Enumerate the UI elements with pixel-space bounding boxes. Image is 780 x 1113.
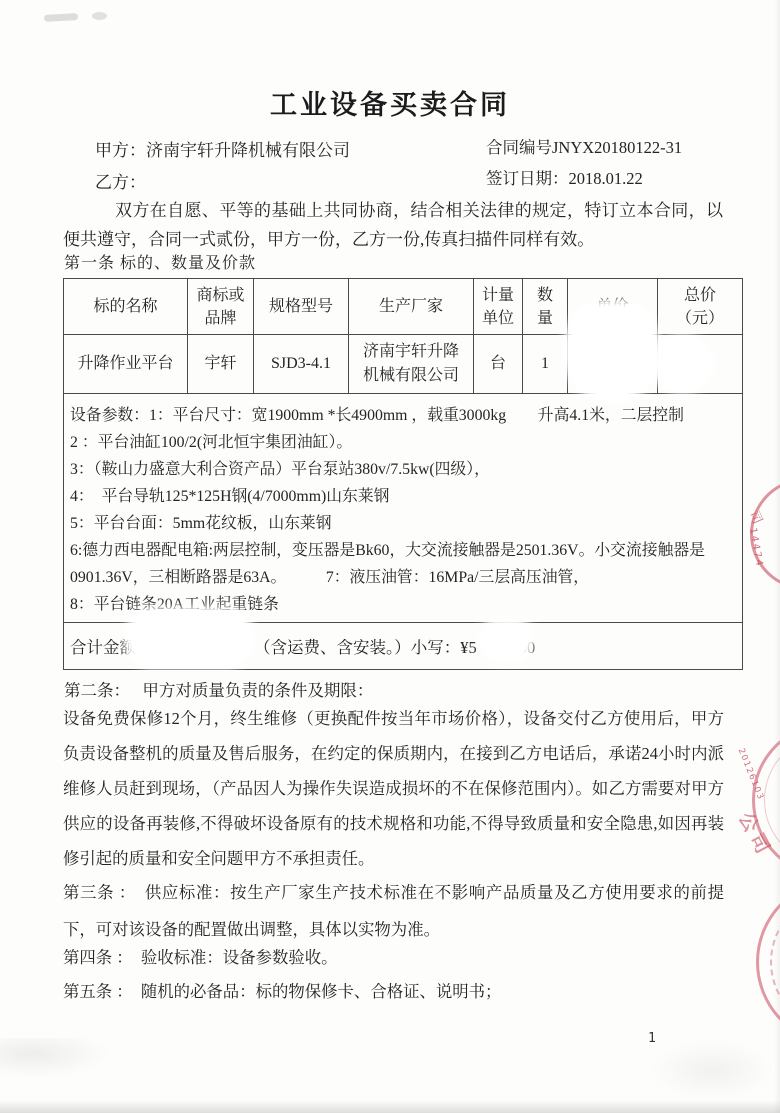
redaction-blob-total-price [658,341,707,387]
party-b-line: 乙方： [95,168,146,193]
scan-edge-shadow [774,0,780,1113]
cell-model: SJD3-4.1 [254,335,349,394]
clause5-text: 第五条 ： 随机的必备品：标的物保修卡、合格证、说明书； [63,978,501,1002]
seal-characters: 公司 [733,807,779,862]
column-header-brand: 商标或 品牌 [188,279,254,335]
scan-artifact [44,13,78,22]
cell-name: 升降作业平台 [64,335,188,394]
column-header-manufacturer: 生产厂家 [349,279,474,335]
sign-date: 签订日期：2018.01.22 [486,165,643,189]
param-line: 0901.36V，三相断路器是63A。 7：液压油管：16MPa/三层高压油管， [70,564,736,591]
column-header-unit: 计量 单位 [474,279,523,335]
clause2-heading: 第二条： 甲方对质量负责的条件及期限： [64,677,373,701]
column-header-qty: 数 量 [523,279,568,335]
redaction-blob-total-amount [131,614,248,662]
param-line: 3：（鞍山力盛意大利合资产品）平台泵站380v/7.5kw(四级）， [70,456,736,483]
param-line: 2 ：平台油缸100/2(河北恒宇集团油缸）。 [70,429,736,456]
seal-character: 司 [746,507,769,527]
redaction-blob-small-amount [486,624,527,656]
scan-artifact [0,1038,110,1078]
seal-number: 20126103 [736,747,766,802]
total-label: 合计金额 [70,638,136,657]
scan-edge-shadow [0,1100,780,1113]
page-title: 工业设备买卖合同 [0,83,780,122]
party-a-line: 甲方：济南宇轩升降机械有限公司 [95,136,350,161]
equipment-params-cell: 设备参数：1：平台尺寸：宽1900mm *长4900mm ，载重3000kg 升… [64,394,743,623]
column-header-name: 标的名称 [64,279,188,335]
party-a-label: 甲方： [95,141,146,160]
param-line: 设备参数：1：平台尺寸：宽1900mm *长4900mm ，载重3000kg 升… [70,402,736,429]
param-line: 4： 平台导轨125*125H钢(4/7000mm)山东莱钢 [70,483,736,510]
cell-qty: 1 [523,335,568,394]
seal-number: 14474 [747,527,765,569]
contract-number: 合同编号JNYX20180122-31 [486,134,682,158]
party-a-name: 济南宇轩升降机械有限公司 [146,141,350,160]
clause1-heading: 第一条 标的、数量及价款 [64,250,256,273]
preamble-paragraph: 双方在自愿、平等的基础上共同协商，结合相关法律的规定，特订立本合同，以便共遵守，… [63,196,723,254]
cell-unit: 台 [474,335,523,394]
column-header-total-price: 总价 （元） [658,279,743,335]
clause2-body: 设备免费保修12个月，终生维修（更换配件按当年市场价格），设备交付乙方使用后，甲… [63,701,724,876]
param-line: 5：平台台面：5mm花纹板，山东莱钢 [70,510,736,537]
scan-artifact [92,12,107,20]
party-b-label: 乙方： [95,173,146,192]
redaction-blob-unit-price [570,306,654,396]
scan-artifact [650,1040,775,1100]
table-params-row: 设备参数：1：平台尺寸：宽1900mm *长4900mm ，载重3000kg 升… [64,394,743,623]
clause4-text: 第四条 ： 验收标准：设备参数验收。 [63,944,338,968]
cell-manufacturer: 济南宇轩升降 机械有限公司 [349,335,474,394]
column-header-model: 规格型号 [254,279,349,335]
contract-scan-page: 工业设备买卖合同 甲方：济南宇轩升降机械有限公司 合同编号JNYX2018012… [0,0,780,1113]
total-middle-text: （含运费、含安装。）小写：¥5 [254,638,477,657]
clause3-text: 第三条 ： 供应标准：按生产厂家生产技术标准在不影响产品质量及乙方使用要求的前提… [63,874,724,948]
cell-brand: 宇轩 [188,335,254,394]
param-line: 6:德力西电器配电箱:两层控制，变压器是Bk60，大交流接触器是2501.36V… [70,537,736,564]
